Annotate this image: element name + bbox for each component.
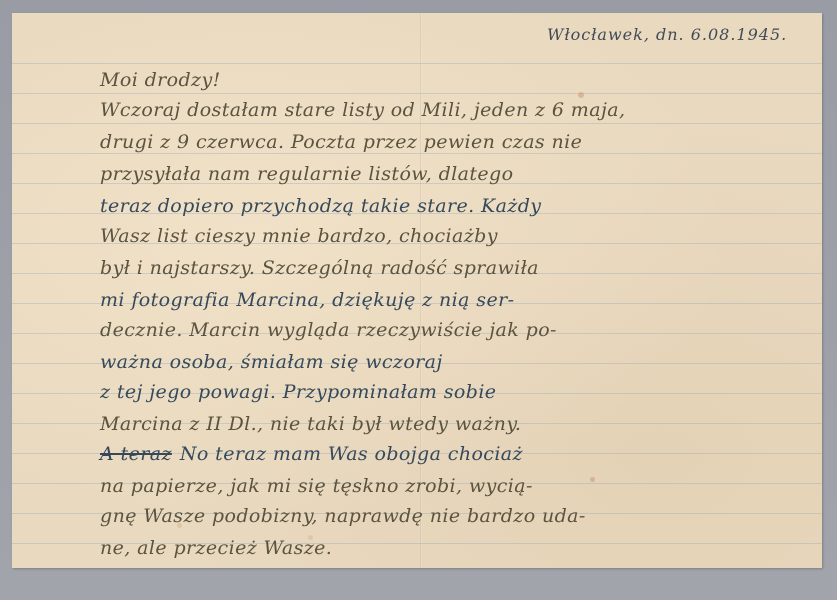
letter-line-5: Wasz list cieszy mnie bardzo, chociażby <box>100 227 498 246</box>
place-and-date: Włocławek, dn. 6.08.1945. <box>547 27 787 43</box>
scanned-document: Włocławek, dn. 6.08.1945. Moi drodzy! Wc… <box>0 0 837 600</box>
letter-line-6: był i najstarszy. Szczególną radość spra… <box>100 259 539 278</box>
ink-stain <box>590 477 595 482</box>
letter-line-15: ne, ale przecież Wasze. <box>100 539 332 558</box>
letter-paper: Włocławek, dn. 6.08.1945. Moi drodzy! Wc… <box>12 13 822 568</box>
letter-line-11: Marcina z II Dl., nie taki był wtedy waż… <box>100 415 521 434</box>
ruled-line <box>12 123 822 124</box>
letter-line-12-text: No teraz mam Was obojga chociaż <box>180 443 523 465</box>
letter-line-12: A terazNo teraz mam Was obojga chociaż <box>100 445 523 464</box>
letter-line-7: mi fotografia Marcina, dziękuję z nią se… <box>100 291 514 310</box>
letter-line-10: z tej jego powagi. Przypominałam sobie <box>100 383 496 402</box>
salutation: Moi drodzy! <box>100 71 221 90</box>
struck-out-text: A teraz <box>100 443 172 465</box>
letter-line-8: decznie. Marcin wygląda rzeczywiście jak… <box>100 321 557 340</box>
ink-stain <box>578 92 584 98</box>
letter-line-3: przysyłała nam regularnie listów, dlateg… <box>100 165 513 184</box>
ruled-line <box>12 153 822 154</box>
ruled-line <box>12 63 822 64</box>
ruled-line <box>12 93 822 94</box>
letter-line-4: teraz dopiero przychodzą takie stare. Ka… <box>100 197 541 216</box>
letter-line-1: Wczoraj dostałam stare listy od Mili, je… <box>100 101 625 120</box>
letter-line-9: ważna osoba, śmiałam się wczoraj <box>100 353 443 372</box>
letter-line-14: gnę Wasze podobizny, naprawdę nie bardzo… <box>100 507 586 526</box>
letter-line-2: drugi z 9 czerwca. Poczta przez pewien c… <box>100 133 582 152</box>
letter-line-13: na papierze, jak mi się tęskno zrobi, wy… <box>100 477 533 496</box>
